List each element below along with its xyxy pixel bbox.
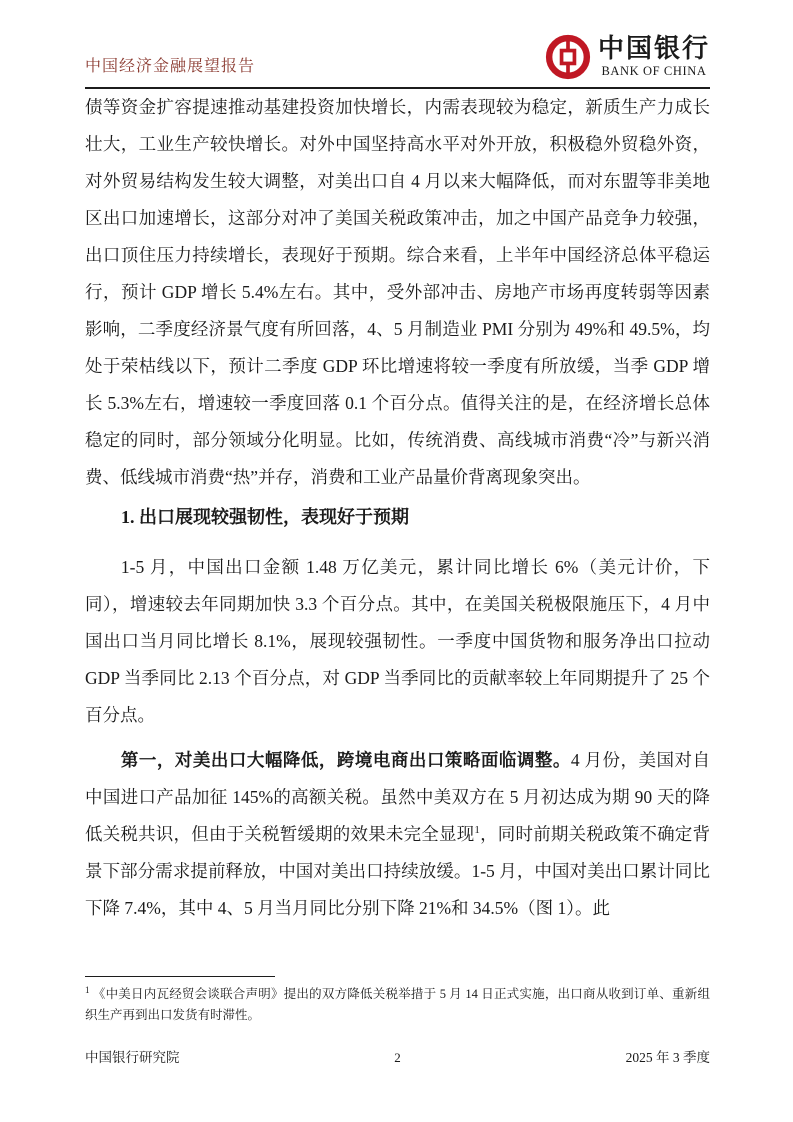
- paragraph-economy-overview: 债等资金扩容提速推动基建投资加快增长，内需表现较为稳定，新质生产力成长壮大，工业…: [85, 89, 710, 496]
- paragraph-export-resilience: 1-5 月，中国出口金额 1.48 万亿美元，累计同比增长 6%（美元计价，下同…: [85, 549, 710, 734]
- page-header: 中国经济金融展望报告 中国银行 BANK OF CHINA: [85, 0, 710, 89]
- logo-english-name: BANK OF CHINA: [601, 65, 706, 78]
- footnote-text: 1 《中美日内瓦经贸会谈联合声明》提出的双方降低关税举措于 5 月 14 日正式…: [85, 984, 710, 1026]
- logo-chinese-name: 中国银行: [598, 36, 710, 62]
- footnote-section: 1 《中美日内瓦经贸会谈联合声明》提出的双方降低关税举措于 5 月 14 日正式…: [85, 976, 710, 1026]
- footer-issue: 2025 年 3 季度: [502, 1046, 710, 1066]
- bank-of-china-coin-icon: [545, 34, 591, 80]
- logo-wordmark: 中国银行 BANK OF CHINA: [598, 36, 710, 78]
- document-page: 中国经济金融展望报告 中国银行 BANK OF CHINA 债等资金扩容提速推动…: [0, 0, 793, 1122]
- footer-page-number: 2: [293, 1050, 501, 1066]
- document-body: 债等资金扩容提速推动基建投资加快增长，内需表现较为稳定，新质生产力成长壮大，工业…: [85, 89, 710, 927]
- page-footer: 中国银行研究院 2 2025 年 3 季度: [85, 1046, 710, 1066]
- footnote-body: 《中美日内瓦经贸会谈联合声明》提出的双方降低关税举措于 5 月 14 日正式实施…: [85, 987, 710, 1022]
- section-1-heading: 1. 出口展现较强韧性，表现好于预期: [85, 499, 710, 536]
- footnote-marker: 1: [85, 985, 90, 995]
- report-title: 中国经济金融展望报告: [85, 53, 255, 87]
- bank-of-china-logo: 中国银行 BANK OF CHINA: [545, 34, 710, 80]
- footnote-divider: [85, 976, 275, 977]
- paragraph-us-export-decline: 第一，对美出口大幅降低，跨境电商出口策略面临调整。4 月份，美国对自中国进口产品…: [85, 742, 710, 927]
- footer-institution: 中国银行研究院: [85, 1046, 293, 1066]
- paragraph-lead-bold: 第一，对美出口大幅降低，跨境电商出口策略面临调整。: [121, 750, 571, 770]
